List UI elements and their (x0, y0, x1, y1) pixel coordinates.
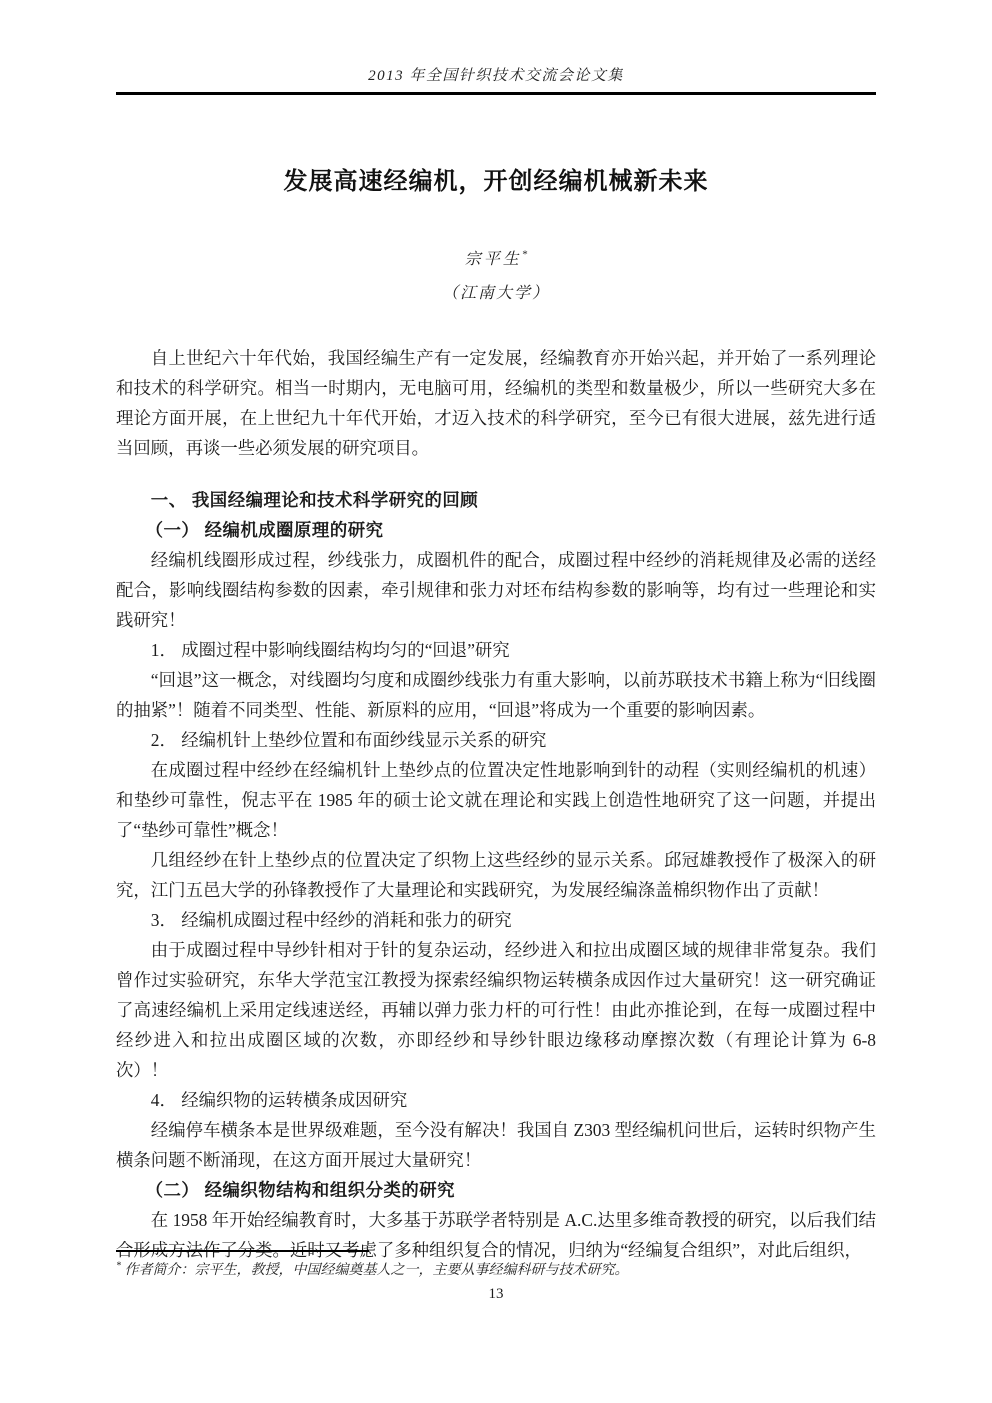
paper-page: 2013 年全国针织技术交流会论文集 发展高速经编机，开创经编机械新未来 宗平生… (0, 0, 992, 1403)
footnote-area: * 作者简介：宗平生，教授，中国经编奠基人之一，主要从事经编科研与技术研究。 (116, 1250, 876, 1279)
paragraph-loop-principle: 经编机线圈形成过程，纱线张力，成圈机件的配合，成圈过程中经纱的消耗规律及必需的送… (116, 545, 876, 635)
paragraph-stripe-problem: 经编停车横条本是世界级难题，至今没有解决！我国自 Z303 型经编机问世后，运转… (116, 1115, 876, 1175)
numbered-item-2: 2． 经编机针上垫纱位置和布面纱线显示关系的研究 (116, 725, 876, 755)
footnote-marker: * (116, 1260, 121, 1271)
footnote-text: * 作者简介：宗平生，教授，中国经编奠基人之一，主要从事经编科研与技术研究。 (116, 1259, 876, 1279)
header-rule (116, 92, 876, 95)
author-footnote-marker: * (522, 249, 528, 261)
subsection-heading-1-1: （一） 经编机成圈原理的研究 (116, 515, 876, 545)
footnote-body: 作者简介：宗平生，教授，中国经编奠基人之一，主要从事经编科研与技术研究。 (125, 1263, 629, 1278)
paragraph-intro: 自上世纪六十年代始，我国经编生产有一定发展，经编教育亦开始兴起，并开始了一系列理… (116, 343, 876, 463)
paragraph-huitui: “回退”这一概念，对线圈均匀度和成圈纱线张力有重大影响，以前苏联技术书籍上称为“… (116, 665, 876, 725)
page-number: 13 (0, 1286, 992, 1303)
running-header: 2013 年全国针织技术交流会论文集 (116, 64, 876, 85)
paragraph-dianshа-position: 在成圈过程中经纱在经编机针上垫纱点的位置决定性地影响到针的动程（实则经编机的机速… (116, 755, 876, 845)
numbered-item-1: 1． 成圈过程中影响线圈结构均匀的“回退”研究 (116, 635, 876, 665)
footnote-rule (116, 1250, 369, 1252)
author-affiliation: （江南大学） (116, 280, 876, 303)
paragraph-yarn-tension: 由于成圈过程中导纱针相对于针的复杂运动，经纱进入和拉出成圈区域的规律非常复杂。我… (116, 935, 876, 1085)
page-content: 2013 年全国针织技术交流会论文集 发展高速经编机，开创经编机械新未来 宗平生… (116, 0, 876, 1265)
paper-body: 自上世纪六十年代始，我国经编生产有一定发展，经编教育亦开始兴起，并开始了一系列理… (116, 343, 876, 1265)
author-name: 宗平生 (465, 251, 522, 268)
paper-title: 发展高速经编机，开创经编机械新未来 (116, 161, 876, 196)
numbered-item-3: 3． 经编机成圈过程中经纱的消耗和张力的研究 (116, 905, 876, 935)
author-line: 宗平生* (116, 246, 876, 269)
numbered-item-4: 4． 经编织物的运转横条成因研究 (116, 1085, 876, 1115)
section-heading-1: 一、 我国经编理论和技术科学研究的回顾 (116, 485, 876, 515)
paragraph-display-relation: 几组经纱在针上垫纱点的位置决定了织物上这些经纱的显示关系。邱冠雄教授作了极深入的… (116, 845, 876, 905)
subsection-heading-1-2: （二） 经编织物结构和组织分类的研究 (116, 1175, 876, 1205)
